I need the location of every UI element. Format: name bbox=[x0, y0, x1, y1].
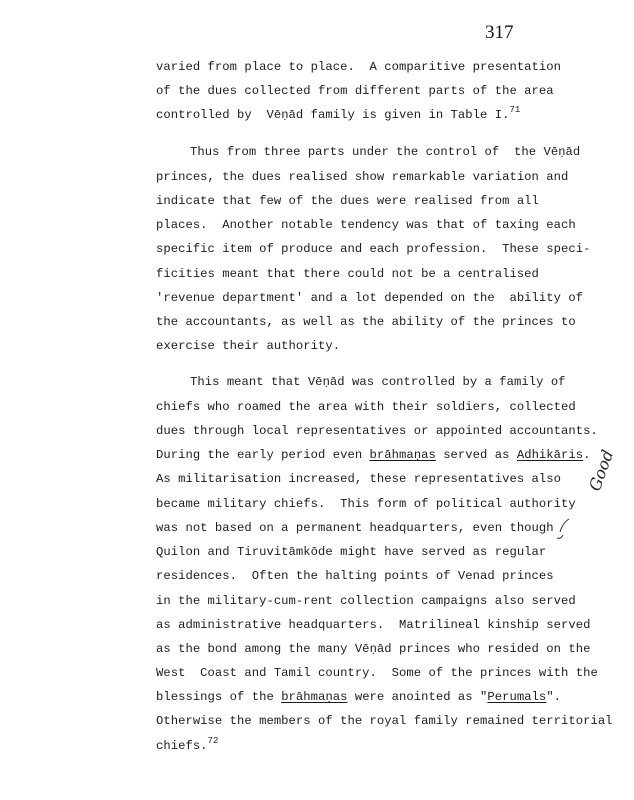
text: During the early period even bbox=[156, 448, 370, 462]
underlined-term: brāhmaṇas bbox=[370, 448, 436, 462]
text-line: was not based on a permanent headquarter… bbox=[156, 521, 554, 535]
text-line: As militarisation increased, these repre… bbox=[156, 472, 561, 486]
text-line: Quilon and Tiruvitāmkōde might have serv… bbox=[156, 545, 546, 559]
text-line: the accountants, as well as the ability … bbox=[156, 315, 576, 329]
handwritten-tick-mark bbox=[556, 518, 570, 540]
text-line: controlled by Vēṇād family is given in T… bbox=[156, 108, 520, 122]
text-line: became military chiefs. This form of pol… bbox=[156, 497, 576, 511]
text-line: princes, the dues realised show remarkab… bbox=[156, 170, 568, 184]
text-line: in the military-cum-rent collection camp… bbox=[156, 594, 576, 608]
text-line: This meant that Vēṇād was controlled by … bbox=[190, 375, 566, 389]
underlined-term: Adhikāris bbox=[517, 448, 583, 462]
text-line: Thus from three parts under the control … bbox=[190, 145, 580, 159]
text-line: specific item of produce and each profes… bbox=[156, 242, 590, 256]
text-line: as administrative headquarters. Matrilin… bbox=[156, 618, 590, 632]
text-line: During the early period even brāhmaṇas s… bbox=[156, 448, 591, 462]
text-line: as the bond among the many Vēṇād princes… bbox=[156, 642, 590, 656]
text-line: 'revenue department' and a lot depended … bbox=[156, 291, 583, 305]
page-number: 317 bbox=[485, 22, 514, 44]
text-line: West Coast and Tamil country. Some of th… bbox=[156, 666, 598, 680]
text-line: ficities meant that there could not be a… bbox=[156, 267, 539, 281]
text-line: exercise their authority. bbox=[156, 339, 340, 353]
footnote-marker: 71 bbox=[509, 105, 520, 115]
text-line: chiefs who roamed the area with their so… bbox=[156, 400, 576, 414]
text-line: of the dues collected from different par… bbox=[156, 84, 554, 98]
text-line: chiefs.72 bbox=[156, 739, 218, 753]
text-line: residences. Often the halting points of … bbox=[156, 569, 554, 583]
text: ". bbox=[546, 690, 561, 704]
text: . bbox=[583, 448, 590, 462]
text-line: blessings of the brāhmaṇas were anointed… bbox=[156, 690, 561, 704]
text-line: dues through local representatives or ap… bbox=[156, 424, 598, 438]
text-line: varied from place to place. A comparitiv… bbox=[156, 60, 561, 74]
text: controlled by Vēṇād family is given in T… bbox=[156, 108, 509, 122]
text: blessings of the bbox=[156, 690, 281, 704]
text: were anointed as " bbox=[347, 690, 487, 704]
text-line: indicate that few of the dues were reali… bbox=[156, 194, 539, 208]
text: served as bbox=[436, 448, 517, 462]
underlined-term: brāhmaṇas bbox=[281, 690, 347, 704]
text-line: places. Another notable tendency was tha… bbox=[156, 218, 576, 232]
text-line: Otherwise the members of the royal famil… bbox=[156, 714, 613, 728]
footnote-marker: 72 bbox=[208, 736, 219, 746]
underlined-term: Perumals bbox=[487, 690, 546, 704]
text: chiefs. bbox=[156, 739, 208, 753]
